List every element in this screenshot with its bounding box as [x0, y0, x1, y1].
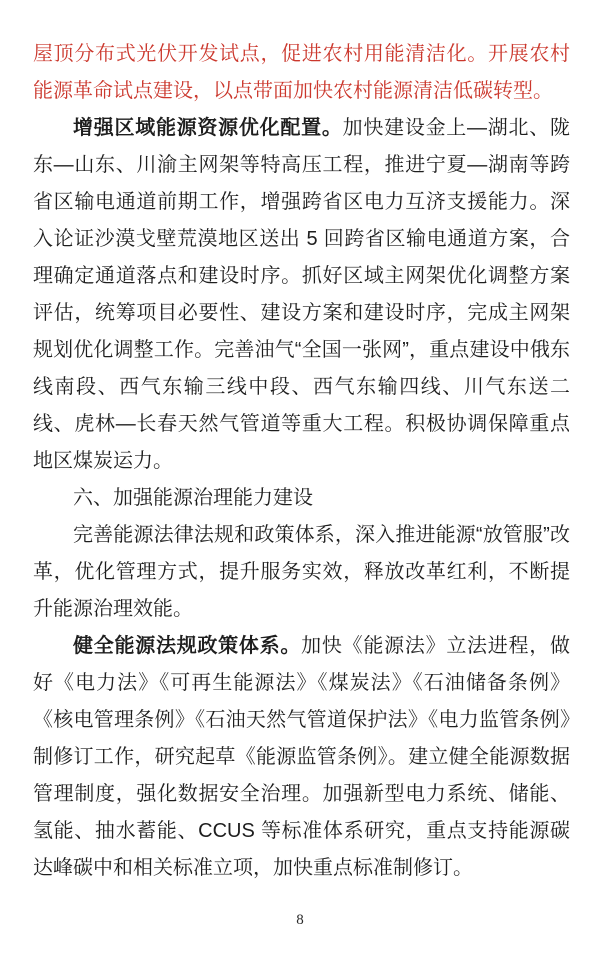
document-text-block: 屋顶分布式光伏开发试点，促进农村用能清洁化。开展农村能源革命试点建设，以点带面加… [33, 36, 570, 887]
paragraph-bold-lead: 增强区域能源资源优化配置。 [73, 117, 343, 139]
paragraph-body-text: 完善能源法律法规和政策体系，深入推进能源“放管服”改革，优化管理方式，提升服务实… [33, 524, 570, 620]
page-number: 8 [0, 908, 600, 932]
red-highlight-text: 屋顶分布式光伏开发试点，促进农村用能清洁化。开展农村能源革命试点建设，以点带面加… [33, 43, 570, 102]
paragraph-body-text: 加快《能源法》立法进程，做好《电力法》《可再生能源法》《煤炭法》《石油储备条例》… [33, 635, 570, 879]
document-page: 屋顶分布式光伏开发试点，促进农村用能清洁化。开展农村能源革命试点建设，以点带面加… [0, 0, 600, 957]
paragraph-body-text: 加快建设金上—湖北、陇东—山东、川渝主网架等特高压工程，推进宁夏—湖南等跨省区输… [33, 117, 570, 472]
red-highlight-paragraph: 屋顶分布式光伏开发试点，促进农村用能清洁化。开展农村能源革命试点建设，以点带面加… [33, 36, 570, 110]
paragraph-energy-law-policy: 健全能源法规政策体系。加快《能源法》立法进程，做好《电力法》《可再生能源法》《煤… [33, 628, 570, 887]
paragraph-regional-energy-allocation: 增强区域能源资源优化配置。加快建设金上—湖北、陇东—山东、川渝主网架等特高压工程… [33, 110, 570, 480]
paragraph-bold-lead: 健全能源法规政策体系。 [73, 635, 301, 657]
paragraph-legal-policy-system: 完善能源法律法规和政策体系，深入推进能源“放管服”改革，优化管理方式，提升服务实… [33, 517, 570, 628]
section-heading-text: 六、加强能源治理能力建设 [73, 487, 313, 509]
section-heading-six: 六、加强能源治理能力建设 [33, 480, 570, 517]
